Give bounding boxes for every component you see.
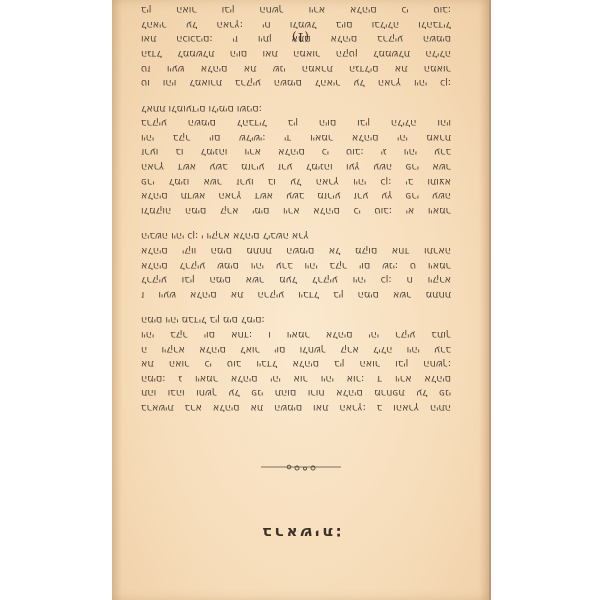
page-edge-shadow-left <box>479 0 489 600</box>
flourish-icon <box>261 462 341 472</box>
line-text: לרקיע ובין המים אשר מעל לרקיע ויהי כן: ח… <box>141 274 451 285</box>
line-text: המים: ג ויאמר אלהים יהי אור ויהי אור: ד … <box>141 373 451 384</box>
line-text: טז ויעש אלהים את שני המארת הגדלים את המא… <box>141 63 451 74</box>
text-line: לאתת ולמועדים ולימים ושנים:13 <box>141 100 451 115</box>
line-text: ה ויקרא אלהים לאור יום ולחשך קרא לילה וי… <box>141 344 451 355</box>
text-line: ה ויקרא אלהים לאור יום ולחשך קרא לילה וי… <box>141 341 451 356</box>
text-line: את האור כי טוב ויבדל אלהים בין האור ובין… <box>141 356 451 371</box>
text-line: ויהי בקר יום שלישי: יד ויאמר אלהים יהי מ… <box>141 129 451 144</box>
text-line: הגדל לממשלת היום ואת המאור הקטן לממשלת ה… <box>141 45 451 60</box>
line-text: תהו ובהו וחשך על פני תהום ורוח אלהים מרח… <box>141 387 451 398</box>
text-line: בין האור ובין החשך וירא אלהים כי טוב: <box>141 2 451 17</box>
scripture-text: בראשית ברא אלהים את השמים ואת הארץ: ב וה… <box>141 0 451 414</box>
text-line: זרעו בו למינהו וירא אלהים כי טוב: יג ויה… <box>141 144 451 159</box>
text-paragraph: ז ויעש אלהים את הרקיע ויבדל בין המים אשר… <box>141 228 451 301</box>
line-text: ולמקוה המים קרא ימים וירא אלהים כי טוב: … <box>141 205 451 216</box>
line-text: אלהים תדשא הארץ דשא עשב מזריע זרע עץ פרי… <box>141 190 451 201</box>
text-line: היבשה ויהי כן: י ויקרא אלהים ליבשה ארץ9 <box>141 228 451 243</box>
text-line: אלהים תדשא הארץ דשא עשב מזריע זרע עץ פרי… <box>141 188 451 203</box>
text-line: לרקיע ובין המים אשר מעל לרקיע ויהי כן: ח… <box>141 272 451 287</box>
text-line: ז ויעש אלהים את הרקיע ויבדל בין המים אשר… <box>141 286 451 301</box>
text-line: פרי למינו אשר זרעו בו על הארץ ויהי כן: י… <box>141 173 451 188</box>
text-line: ולמקוה המים קרא ימים וירא אלהים כי טוב: … <box>141 202 451 217</box>
text-line: המים ויהי מבדיל בין מים למים: <box>141 312 451 327</box>
text-line: הארץ דשא עשב מזריע זרע למינהו ועץ עשה פר… <box>141 159 451 174</box>
line-text: ויהי בקר יום שלישי: יד ויאמר אלהים יהי מ… <box>141 132 451 143</box>
line-text: בראשית ברא אלהים את השמים ואת הארץ: ב וה… <box>141 402 451 413</box>
line-text: את האור כי טוב ויבדל אלהים בין האור ובין… <box>141 358 451 369</box>
line-text: זרעו בו למינהו וירא אלהים כי טוב: יג ויה… <box>141 147 451 158</box>
line-text: המים ויהי מבדיל בין מים למים: <box>141 314 265 325</box>
ornament-divider <box>261 462 341 472</box>
line-text: לאתת ולמועדים ולימים ושנים: <box>141 103 262 114</box>
text-line: אלהים יקוו המים מתחת השמים אל מקום אחד ו… <box>141 242 451 257</box>
line-text: בין האור ובין החשך וירא אלהים כי טוב: <box>141 4 451 15</box>
line-text: ברקיע השמים להבדיל בין היום ובין הלילה ו… <box>141 117 451 128</box>
text-line: ויהי בקר יום אחד: ו ויאמר אלהים יהי רקיע… <box>141 326 451 341</box>
line-text: הגדל לממשלת היום ואת המאור הקטן לממשלת ה… <box>141 48 451 59</box>
text-paragraph: ולמקוה המים קרא ימים וירא אלהים כי טוב: … <box>141 100 451 217</box>
text-line: המים: ג ויאמר אלהים יהי אור ויהי אור: ד … <box>141 370 451 385</box>
text-line: ברקיע השמים להבדיל בין היום ובין הלילה ו… <box>141 115 451 130</box>
text-line: טו והיו למאורת ברקיע השמים להאיר על הארץ… <box>141 75 451 90</box>
line-text: ויהי בקר יום אחד: ו ויאמר אלהים יהי רקיע… <box>141 329 451 340</box>
text-line: בראשית ברא אלהים את השמים ואת הארץ: ב וה… <box>141 399 451 414</box>
line-text: פרי למינו אשר זרעו בו על הארץ ויהי כן: י… <box>141 176 451 187</box>
line-text: להאיר על הארץ: יח ולמשל ביום ובלילה ולהב… <box>141 19 451 30</box>
book-page: בראשית: בראשית ברא אלהים את השמים ואת הא… <box>112 0 491 600</box>
line-text: ז ויעש אלהים את הרקיע ויבדל בין המים אשר… <box>141 289 451 300</box>
text-line: תהו ובהו וחשך על פני תהום ורוח אלהים מרח… <box>141 385 451 400</box>
text-line: להאיר על הארץ: יח ולמשל ביום ובלילה ולהב… <box>141 16 451 31</box>
line-text: הארץ דשא עשב מזריע זרע למינהו ועץ עשה פר… <box>141 161 451 172</box>
text-paragraph: בראשית ברא אלהים את השמים ואת הארץ: ב וה… <box>141 312 451 414</box>
line-text: היבשה ויהי כן: י ויקרא אלהים ליבשה ארץ <box>141 230 309 241</box>
page-number: (1) <box>112 30 489 44</box>
text-line: אלהים לרקיע שמים ויהי ערב ויהי בקר יום ש… <box>141 257 451 272</box>
text-paragraph: טו והיו למאורת ברקיע השמים להאיר על הארץ… <box>141 2 451 90</box>
page-edge-shadow-right <box>112 0 122 600</box>
text-line: טז ויעש אלהים את שני המארת הגדלים את המא… <box>141 60 451 75</box>
line-text: טו והיו למאורת ברקיע השמים להאיר על הארץ… <box>141 77 451 88</box>
book-title: בראשית: <box>112 524 489 542</box>
line-text: אלהים יקוו המים מתחת השמים אל מקום אחד ו… <box>141 245 451 256</box>
line-text: אלהים לרקיע שמים ויהי ערב ויהי בקר יום ש… <box>141 260 451 271</box>
